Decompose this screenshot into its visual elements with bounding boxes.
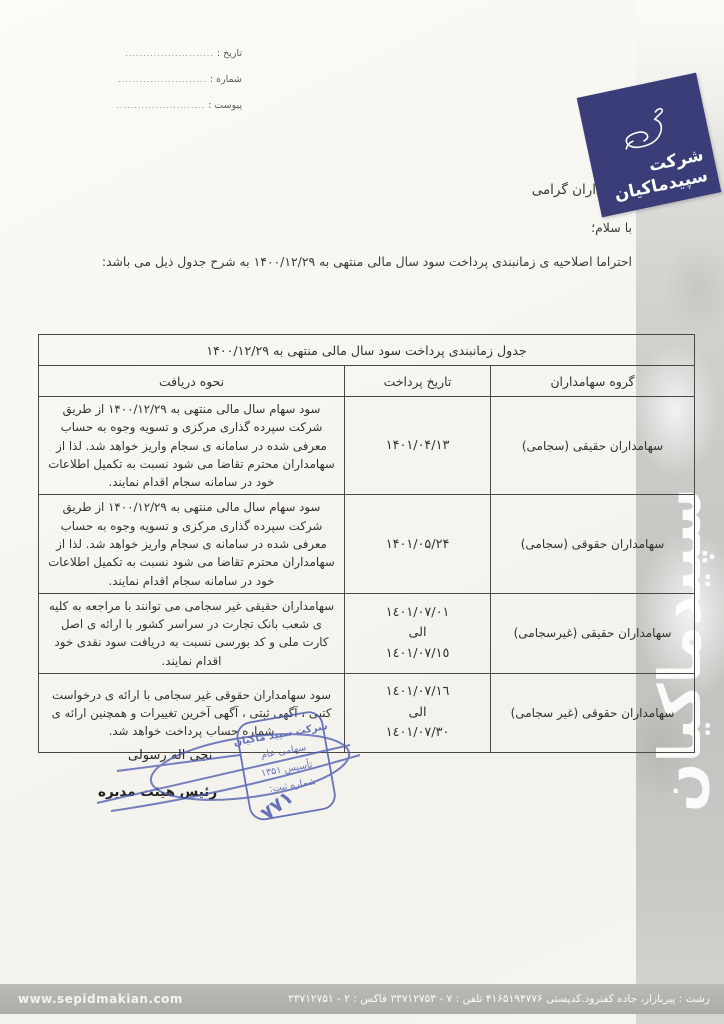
date-field: تاریخ : ......................... xyxy=(46,48,242,59)
table-title: جدول زمانبندی پرداخت سود سال مالی منتهی … xyxy=(39,335,695,366)
date-field-label: تاریخ : xyxy=(217,48,242,59)
payment-date-from: ١٤٠١/٠٧/١٦ xyxy=(351,682,484,702)
contact-address: رشت : پیربازار، جاده کفترود.کدپستی ۴۱۶۵۱… xyxy=(288,993,710,1005)
payment-date: ۱۴۰۱/۰۴/۱۳ xyxy=(386,438,450,453)
col-header-date: تاریخ پرداخت xyxy=(345,366,491,397)
group-cell: سهامداران حقوقی (سجامی) xyxy=(491,495,695,593)
handwritten-signature xyxy=(97,723,360,811)
intro-line: احتراما اصلاحیه ی زمانبندی پرداخت سود سا… xyxy=(60,254,632,269)
footer-bar: www.sepidmakian.com رشت : پیربازار، جاده… xyxy=(0,984,724,1014)
payment-date-to: ١٤٠١/٠٧/١٥ xyxy=(351,644,484,664)
payment-date-from: ١٤٠١/٠٧/٠١ xyxy=(351,603,484,623)
group-cell: سهامداران حقوقی (غیر سجامی) xyxy=(491,673,695,752)
table-row: سهامداران حقیقی (غیرسجامی) ١٤٠١/٠٧/٠١ ال… xyxy=(39,593,695,673)
dividend-schedule-table: جدول زمانبندی پرداخت سود سال مالی منتهی … xyxy=(38,334,695,753)
group-cell: سهامداران حقیقی (سجامی) xyxy=(491,397,695,495)
group-cell: سهامداران حقیقی (غیرسجامی) xyxy=(491,593,695,673)
company-stamp: شرکت سپید ماکیان سهامی عام تأسیس ۱۳۵۱ شم… xyxy=(55,703,425,848)
date-cell: ١٤٠١/٠٧/٠١ الی ١٤٠١/٠٧/١٥ xyxy=(345,593,491,673)
date-cell: ۱۴۰۱/۰۵/۲۴ xyxy=(345,495,491,593)
date-range-separator: الی xyxy=(351,623,484,643)
method-cell: سود سهام سال مالی منتهی به ۱۴۰۰/۱۲/۲۹ از… xyxy=(39,397,345,495)
col-header-method: نحوه دریافت xyxy=(39,366,345,397)
greeting-line: با سلام؛ xyxy=(591,220,632,235)
attachment-field-label: پیوست : xyxy=(208,100,242,111)
scanned-letter-page: سپیدماکیان تاریخ : .....................… xyxy=(0,0,724,1024)
method-cell: سود سهام سال مالی منتهی به ۱۴۰۰/۱۲/۲۹ از… xyxy=(39,495,345,593)
table-row: سهامداران حقوقی (سجامی) ۱۴۰۱/۰۵/۲۴ سود س… xyxy=(39,495,695,593)
number-field-label: شماره : xyxy=(210,74,242,85)
date-field-dots: ......................... xyxy=(46,49,214,58)
payment-date: ۱۴۰۱/۰۵/۲۴ xyxy=(386,537,450,552)
number-field-dots: ......................... xyxy=(46,75,207,84)
attachment-field-dots: ......................... xyxy=(46,101,205,110)
reference-fields: تاریخ : ......................... شماره … xyxy=(46,48,242,126)
number-field: شماره : ......................... xyxy=(46,74,242,85)
table-row: سهامداران حقیقی (سجامی) ۱۴۰۱/۰۴/۱۳ سود س… xyxy=(39,397,695,495)
company-logo: شرکت سپیدماکیان xyxy=(577,73,722,218)
attachment-field: پیوست : ......................... xyxy=(46,100,242,111)
col-header-group: گروه سهامداران xyxy=(491,366,695,397)
stamp-company-type: سهامی عام xyxy=(260,742,307,761)
method-cell: سهامداران حقیقی غیر سجامی می توانند با م… xyxy=(39,593,345,673)
date-cell: ۱۴۰۱/۰۴/۱۳ xyxy=(345,397,491,495)
website-url: www.sepidmakian.com xyxy=(18,992,183,1006)
